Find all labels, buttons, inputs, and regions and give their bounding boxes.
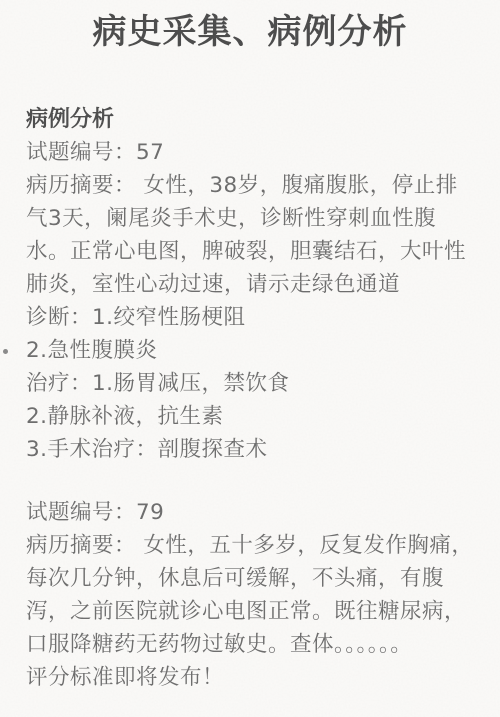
case79-summary-line-2: 每次几分钟，休息后可缓解，不头痛，有腹 bbox=[26, 562, 482, 595]
section-heading: 病例分析 bbox=[26, 103, 482, 136]
article-body: 病例分析 试题编号：57 病历摘要： 女性，38岁，腹痛腹胀，停止排 气3天，阑… bbox=[26, 103, 482, 694]
case79-footer-line: 评分标准即将发布！ bbox=[26, 661, 482, 694]
case-block-57: 试题编号：57 病历摘要： 女性，38岁，腹痛腹胀，停止排 气3天，阑尾炎手术史… bbox=[26, 136, 482, 466]
case57-treatment-line-2: 2.静脉补液，抗生素 bbox=[26, 400, 482, 433]
case79-exam-number-line: 试题编号：79 bbox=[26, 496, 482, 529]
case57-summary-line-3: 水。正常心电图，脾破裂，胆囊结石，大叶性 bbox=[26, 235, 482, 268]
case57-summary-line-4: 肺炎，室性心动过速，请示走绿色通道 bbox=[26, 268, 482, 301]
case57-diagnosis-line-2: 2.急性腹膜炎 bbox=[26, 334, 482, 367]
case57-exam-number-line: 试题编号：57 bbox=[26, 136, 482, 169]
case57-treatment-line-1: 治疗：1.肠胃减压，禁饮食 bbox=[26, 367, 482, 400]
case57-summary-line-2: 气3天，阑尾炎手术史，诊断性穿刺血性腹 bbox=[26, 202, 482, 235]
case57-treatment-line-3: 3.手术治疗：剖腹探查术 bbox=[26, 433, 482, 466]
page-title: 病史采集、病例分析 bbox=[0, 4, 500, 53]
case79-summary-line-3: 泻，之前医院就诊心电图正常。既往糖尿病， bbox=[26, 595, 482, 628]
case79-summary-line-1: 病历摘要： 女性，五十多岁，反复发作胸痛， bbox=[26, 529, 482, 562]
case57-summary-line-1: 病历摘要： 女性，38岁，腹痛腹胀，停止排 bbox=[26, 169, 482, 202]
case-separator-gap bbox=[26, 466, 482, 496]
bullet-dot bbox=[3, 349, 8, 354]
case-block-79: 试题编号：79 病历摘要： 女性，五十多岁，反复发作胸痛， 每次几分钟，休息后可… bbox=[26, 496, 482, 694]
case79-summary-line-4: 口服降糖药无药物过敏史。查体。。。。。。 bbox=[26, 628, 482, 661]
case57-diagnosis-line-1: 诊断：1.绞窄性肠梗阻 bbox=[26, 301, 482, 334]
